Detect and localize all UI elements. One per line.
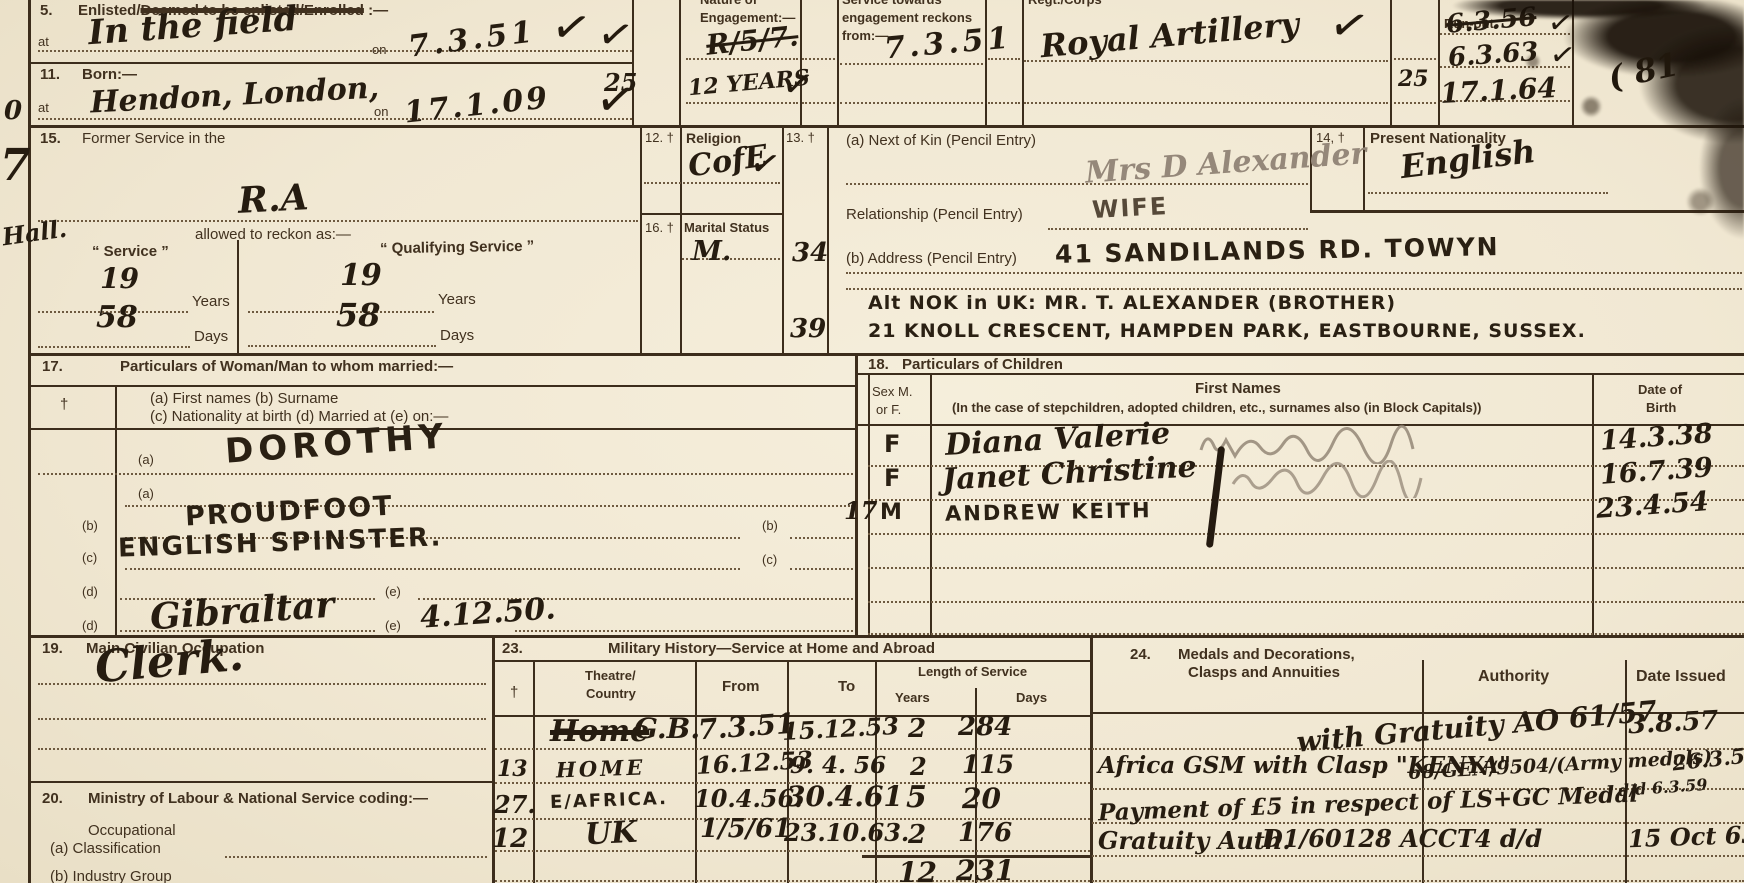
section-20-title: Ministry of Labour & National Service co… xyxy=(88,790,428,807)
qualifying-years-value: 19 xyxy=(340,258,382,293)
service-years: 2 xyxy=(908,714,926,744)
runout-title-line1: Date …… xyxy=(1444,0,1502,3)
children-names-header-line2: (In the case of stepchildren, adopted ch… xyxy=(952,400,1482,415)
born-at-label: at xyxy=(38,100,49,115)
dotted-line xyxy=(38,718,486,720)
section-11-number: 11. xyxy=(40,66,60,83)
spouse-nationality: ENGLISH SPINSTER. xyxy=(118,522,443,563)
margin-scribble: 0 xyxy=(4,96,22,126)
medal-date-issued: 15 Oct 63 xyxy=(1628,820,1744,854)
army-service-record-scan: 0 7 Hall. 5. Enlisted/Deemed to be enlis… xyxy=(0,0,1744,883)
dotted-line xyxy=(988,102,1020,104)
date-issued-header: Date Issued xyxy=(1636,668,1726,686)
rule-line xyxy=(679,0,681,125)
medal-authority: D1/60128 ACCT4 d/d xyxy=(1262,824,1542,853)
industry-group-label: (b) Industry Group xyxy=(50,868,172,883)
theatre-header-line1: Theatre/ xyxy=(585,668,636,683)
rule-line xyxy=(1090,635,1093,883)
margin-number-25: 25 xyxy=(604,68,637,97)
section-18-title: Particulars of Children xyxy=(902,356,1063,373)
section-18-number: 18. xyxy=(868,356,889,373)
relationship-value: WIFE xyxy=(1091,192,1169,224)
theatre-header-line2: Country xyxy=(586,686,636,701)
dotted-line xyxy=(1394,58,1436,60)
service-days: 20 xyxy=(962,782,1001,815)
marriage-a2-label: (a) xyxy=(138,486,154,501)
born-on-label: on xyxy=(374,104,388,119)
next-of-kin-label: (a) Next of Kin (Pencil Entry) xyxy=(846,132,1036,149)
dotted-line xyxy=(38,346,190,348)
dotted-line xyxy=(1024,102,1388,104)
child-dob: 14.3.38 xyxy=(1599,418,1714,457)
rule-line xyxy=(855,373,1744,375)
row-margin-number: 12 xyxy=(492,824,528,854)
dotted-line xyxy=(1092,880,1744,882)
children-sex-header-line2: or F. xyxy=(876,402,901,417)
child-row-margin-number: 17 xyxy=(844,496,877,525)
rule-line xyxy=(1390,0,1392,125)
rule-line xyxy=(782,125,784,353)
dagger-symbol: † xyxy=(510,684,518,701)
rule-line xyxy=(28,385,857,387)
dotted-line xyxy=(248,345,436,347)
dotted-line xyxy=(686,58,798,60)
total-years: 12 xyxy=(898,856,937,883)
service-years: 2 xyxy=(910,752,927,781)
rule-line xyxy=(28,781,494,783)
service-to: 23.10.63. xyxy=(784,818,909,847)
runout-date-3: 17.1.64 xyxy=(1439,71,1557,110)
service-days-label: Days xyxy=(194,328,228,345)
engagement-struck-value: R/5/7. xyxy=(705,19,800,61)
alt-nok-line2: 21 KNOLL CRESCENT, HAMPDEN PARK, EASTBOU… xyxy=(868,320,1586,342)
rule-line xyxy=(680,125,682,353)
section-20-number: 20. xyxy=(42,790,63,807)
child-name: ANDREW KEITH xyxy=(945,498,1152,526)
section-11-title: Born:— xyxy=(82,66,137,83)
section-23-number: 23. xyxy=(502,640,523,657)
section-13-number: 13. † xyxy=(786,130,815,145)
qualifying-years-label: Years xyxy=(438,291,476,308)
row-margin-number: 27. xyxy=(494,790,536,819)
service-days: 115 xyxy=(962,750,1014,779)
dotted-line xyxy=(38,220,638,222)
address-value: 41 SANDILANDS RD. TOWYN xyxy=(1055,232,1500,269)
dotted-line xyxy=(515,630,853,632)
service-column-header: “ Service ” xyxy=(92,243,169,260)
medal-date-issued: 3.8.57 xyxy=(1627,706,1719,741)
enlisted-at-label: at xyxy=(38,34,49,49)
marriage-e2-label: (e) xyxy=(385,618,401,633)
theatre-value: UK xyxy=(584,815,638,853)
marriage-b2-label: (b) xyxy=(762,518,778,533)
rule-line xyxy=(1592,373,1594,635)
service-days-value: 58 xyxy=(96,300,138,335)
section-16-number: 16. † xyxy=(645,220,674,235)
section-5-number: 5. xyxy=(40,2,53,19)
rule-line xyxy=(855,353,858,635)
dotted-line xyxy=(802,58,835,60)
row-margin-number: 13 xyxy=(497,756,528,782)
enlisted-on-value: 7.3.51 xyxy=(406,14,538,64)
marital-status-label: Marital Status xyxy=(684,220,769,235)
section-14-number: 14, † xyxy=(1316,130,1345,145)
dotted-line xyxy=(225,856,487,858)
service-to: 30.4.61 xyxy=(786,780,903,813)
dotted-line xyxy=(868,601,1744,603)
children-dob-header-line1: Date of xyxy=(1638,382,1682,397)
dotted-line xyxy=(790,568,853,570)
dotted-line xyxy=(868,533,1744,535)
rule-line xyxy=(837,0,839,125)
dotted-line xyxy=(846,288,1742,290)
rule-line xyxy=(115,385,117,635)
children-dob-header-line2: Birth xyxy=(1646,400,1676,415)
section-12-number: 12. † xyxy=(645,130,674,145)
child-sex: F xyxy=(884,430,902,458)
alt-nok-line1: Alt NOK in UK: MR. T. ALEXANDER (BROTHER… xyxy=(868,292,1396,314)
qualifying-days-value: 58 xyxy=(336,296,381,334)
runout-margin-25: 25 xyxy=(1398,66,1429,92)
to-header: To xyxy=(838,678,855,695)
dotted-line xyxy=(846,183,1308,185)
rule-line xyxy=(28,635,1744,638)
section-15-number: 15. xyxy=(40,130,61,147)
rule-line xyxy=(28,0,31,883)
rule-line xyxy=(930,373,932,635)
margin-number-39: 39 xyxy=(790,314,826,344)
theatre-value: E/AFRICA. xyxy=(550,788,669,813)
allowed-to-reckon-label: allowed to reckon as:— xyxy=(195,226,351,243)
qualifying-service-column-header: “ Qualifying Service ” xyxy=(380,238,534,258)
service-days: 284 xyxy=(958,712,1012,742)
service-to: 9. 4. 56 xyxy=(790,752,886,779)
years-header: Years xyxy=(895,690,930,705)
enlisted-on-label: on xyxy=(372,42,386,57)
dotted-line xyxy=(495,850,1090,852)
section-8-title: Regt./Corps xyxy=(1028,0,1102,7)
marriage-d1-label: (d) xyxy=(82,584,98,599)
total-days: 231 xyxy=(956,854,1014,883)
rule-line xyxy=(237,240,239,353)
theatre-value: HOME xyxy=(556,754,646,782)
pencil-scribble xyxy=(1195,424,1455,464)
dotted-line xyxy=(988,58,1020,60)
marriage-b-label: (b) xyxy=(82,518,98,533)
section-24-title-line1: Medals and Decorations, xyxy=(1178,646,1355,663)
section-6-title-line1: Nature of xyxy=(700,0,757,7)
section-7-title-line2: engagement reckons xyxy=(842,10,972,25)
margin-scribble: Hall. xyxy=(0,214,68,252)
rule-line xyxy=(640,125,642,353)
service-days: 176 xyxy=(958,818,1012,848)
children-names-header-line1: First Names xyxy=(1195,380,1281,397)
occupational-label: Occupational xyxy=(88,822,176,839)
marital-status-value: M. xyxy=(692,236,731,267)
section-7-title-line1: Service towards xyxy=(842,0,942,7)
from-header: From xyxy=(722,678,760,695)
relationship-label: Relationship (Pencil Entry) xyxy=(846,206,1023,223)
section-7-title-line3: from:— xyxy=(842,28,888,43)
section-23-title: Military History—Service at Home and Abr… xyxy=(608,640,935,657)
dotted-line xyxy=(38,748,486,750)
child-sex: F xyxy=(884,464,902,492)
section-24-title-line2: Clasps and Annuities xyxy=(1188,664,1340,681)
marriage-header-line1: (a) First names (b) Surname xyxy=(150,390,338,407)
dotted-line xyxy=(1394,102,1436,104)
margin-scribble: 7 xyxy=(0,140,31,191)
service-to: 15.12.53 xyxy=(781,711,899,746)
dotted-line xyxy=(1368,192,1608,194)
dotted-line xyxy=(1092,855,1744,857)
rule-line xyxy=(492,660,1092,662)
address-label: (b) Address (Pencil Entry) xyxy=(846,250,1017,267)
marriage-c-label: (c) xyxy=(82,550,97,565)
marriage-d2-label: (d) xyxy=(82,618,98,633)
rule-line xyxy=(28,125,1744,128)
service-years-value: 19 xyxy=(100,262,139,295)
service-years: 2 xyxy=(908,820,926,850)
marriage-a1-label: (a) xyxy=(138,452,154,467)
child-dob: 16.7.39 xyxy=(1599,452,1714,491)
authority-header: Authority xyxy=(1478,668,1549,686)
margin-number-34: 34 xyxy=(792,238,828,268)
dotted-line xyxy=(125,568,740,570)
section-17-title: Particulars of Woman/Man to whom married… xyxy=(120,358,453,375)
born-on-value: 17.1.09 xyxy=(403,80,552,130)
children-sex-header-line1: Sex M. xyxy=(872,384,912,399)
dotted-line xyxy=(1048,228,1308,230)
classification-label: (a) Classification xyxy=(50,840,161,857)
section-24-number: 24. xyxy=(1130,646,1151,663)
runout-date-2: 6.3.63 xyxy=(1447,37,1539,73)
check-mark: ✓ xyxy=(547,0,596,57)
service-years: 5 xyxy=(906,780,927,815)
rule-line xyxy=(28,62,634,64)
former-service-value: R.A xyxy=(237,176,309,222)
section-17-number: 17. xyxy=(42,358,63,375)
rule-line xyxy=(640,213,784,215)
dotted-line xyxy=(846,272,1742,274)
rule-line xyxy=(1438,0,1440,125)
check-mark: ✓ xyxy=(1324,0,1374,56)
qualifying-days-label: Days xyxy=(440,327,474,344)
stamp-scribble: ( 81 xyxy=(1605,45,1682,97)
service-years-label: Years xyxy=(192,293,230,310)
days-header: Days xyxy=(1016,690,1047,705)
rule-line xyxy=(1310,210,1744,213)
child-sex: M xyxy=(880,500,904,525)
regiment-value: Royal Artillery xyxy=(1039,5,1301,65)
child-dob: 23.4.54 xyxy=(1595,486,1710,525)
dotted-line xyxy=(840,102,983,104)
rule-line xyxy=(1022,0,1024,125)
dotted-line xyxy=(868,633,1744,635)
length-of-service-header: Length of Service xyxy=(918,664,1027,679)
pencil-scribble xyxy=(1228,460,1468,498)
section-15-title: Former Service in the xyxy=(82,130,225,147)
section-19-number: 19. xyxy=(42,640,63,657)
dotted-line xyxy=(868,567,1744,569)
theatre-value: G.B. xyxy=(634,712,700,745)
rule-line xyxy=(985,0,987,125)
dagger-symbol: † xyxy=(60,396,68,413)
marriage-c2-label: (c) xyxy=(762,552,777,567)
dotted-line xyxy=(790,537,853,539)
service-from: 1/5/61 xyxy=(700,814,791,844)
section-5-title-tail: :— xyxy=(368,2,388,19)
dotted-line xyxy=(38,473,853,475)
marriage-e1-label: (e) xyxy=(385,584,401,599)
